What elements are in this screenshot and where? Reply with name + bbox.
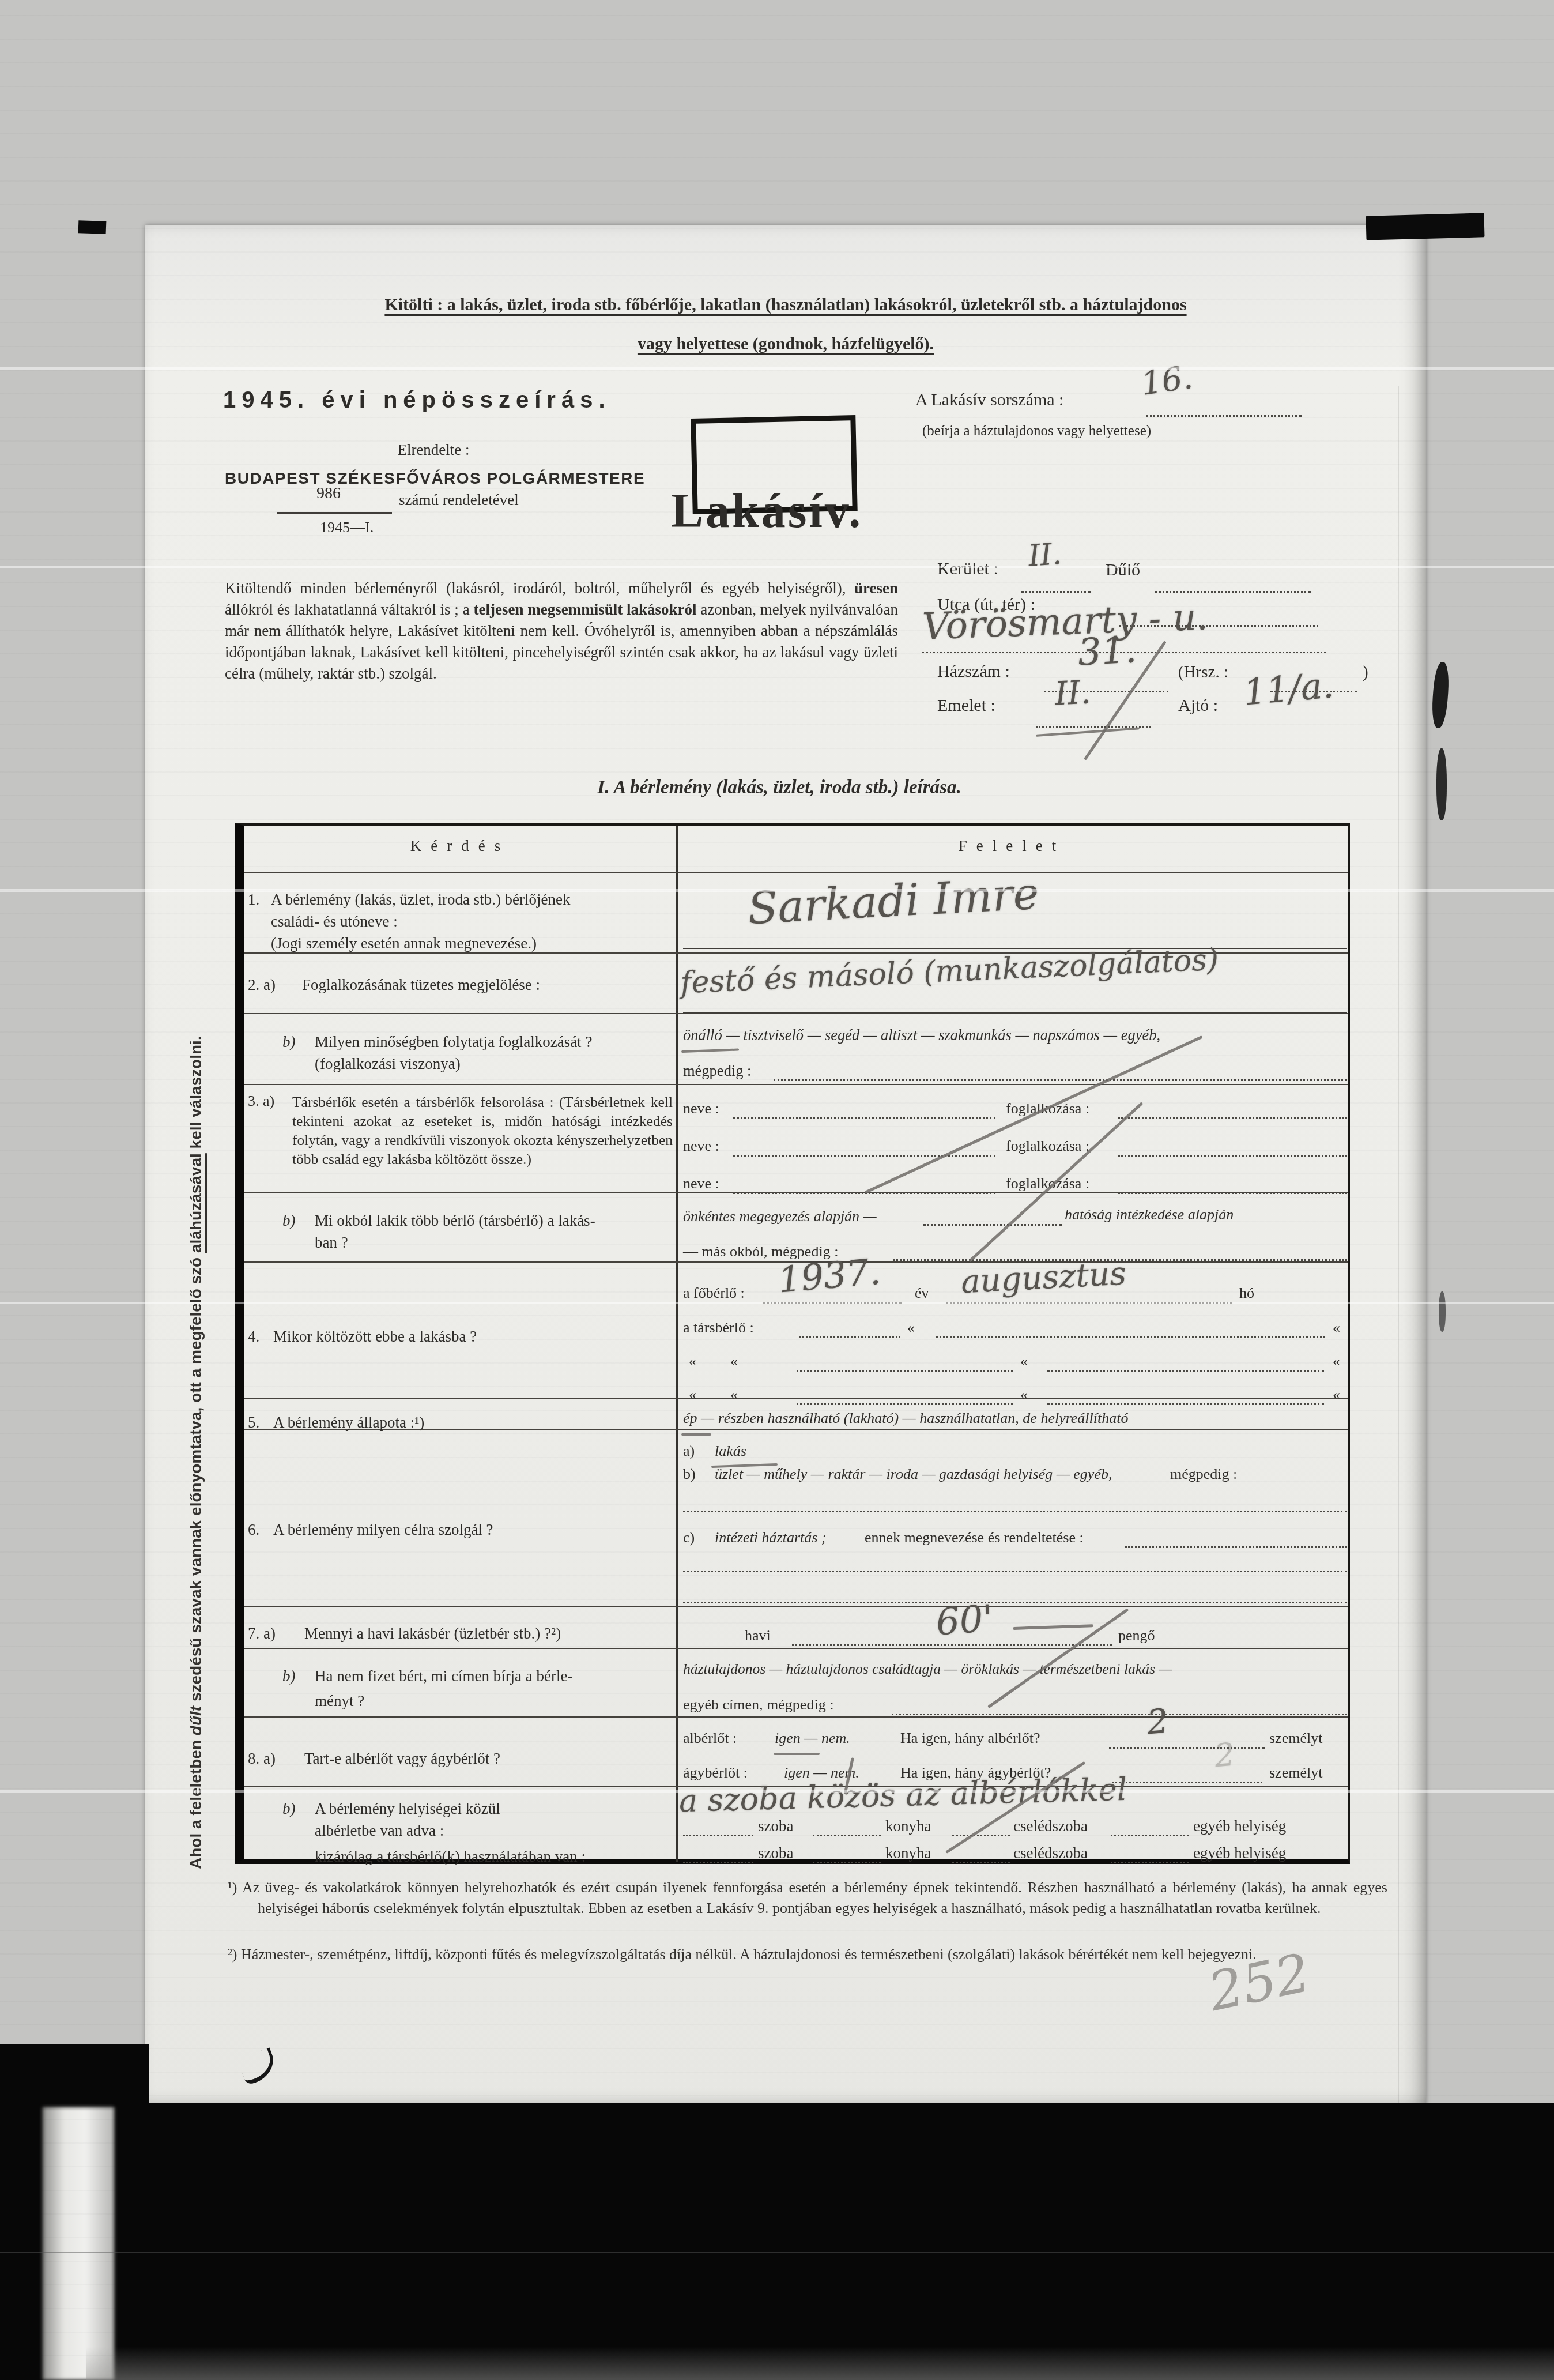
scan-blemish: [1436, 748, 1447, 820]
q2b-option-underlined: önálló: [683, 1026, 722, 1044]
q3b-option1: önkéntes megegyezés alapján —: [683, 1208, 877, 1225]
side-note-italic: dűlt: [187, 1706, 205, 1735]
film-edge-mark: [78, 220, 107, 234]
q5-text: A bérlemény állapota :¹): [273, 1414, 424, 1432]
film-bottom-haze: [86, 2347, 1554, 2380]
ordered-by-label-row: Elrendelte :: [223, 441, 644, 459]
intro-bold2: teljesen megsemmisült lakásokról: [473, 601, 696, 618]
q8b-line3: kizárólag a társbérlő(k) használatában v…: [315, 1848, 586, 1866]
dotted-leader: [892, 1714, 1347, 1715]
hrsz-close: ): [1363, 663, 1368, 682]
q1-number: 1.: [248, 891, 259, 909]
q6-b-megpedig: mégpedig :: [1170, 1466, 1237, 1483]
q7a-amount-handwritten: 60': [935, 1598, 995, 1644]
dotted-leader: [683, 1511, 1347, 1512]
q5-options-rest: — részben használható (lakható) — haszná…: [697, 1410, 1129, 1426]
ditto-mark: «: [1333, 1386, 1340, 1403]
dotted-leader: [923, 1224, 1062, 1226]
ditto-mark: «: [689, 1386, 696, 1403]
column-header-answer: Felelet: [959, 837, 1065, 854]
dotted-leader: [1155, 591, 1311, 593]
q3a-neve-label: neve :: [683, 1100, 719, 1117]
form-instruction-line2: vagy helyettese (gondnok, házfelügyelő).: [638, 334, 934, 353]
q7a-number: 7. a): [248, 1625, 276, 1643]
pencil-underline: [1036, 727, 1140, 737]
decree-suffix: számú rendeletével: [399, 491, 519, 509]
film-splice-strip: [43, 2107, 114, 2380]
q7b-options: háztulajdonos — háztulajdonos családtagj…: [683, 1660, 1172, 1678]
ditto-mark: «: [907, 1319, 915, 1336]
q8b-room-egyeb: egyéb helyiség: [1193, 1817, 1286, 1835]
ditto-mark: «: [730, 1353, 738, 1370]
q8b-line2: albérletbe van adva :: [315, 1822, 444, 1840]
ordered-by: BUDAPEST SZÉKESFŐVÁROS POLGÁRMESTERE: [225, 469, 645, 488]
q7a-text: Mennyi a havi lakásbér (üzletbér stb.) ?…: [304, 1625, 561, 1643]
q3b-number: b): [282, 1212, 296, 1230]
row-separator: [244, 1398, 1348, 1399]
q1-line2: családi- és utóneve :: [271, 913, 398, 931]
scanned-document: Kitölti : a lakás, üzlet, iroda stb. főb…: [0, 0, 1554, 2380]
q4-number: 4.: [248, 1328, 259, 1346]
column-header-question: Kérdés: [410, 837, 510, 854]
dotted-leader: [946, 1302, 1232, 1304]
door-label: Ajtó :: [1178, 696, 1218, 715]
q8b-number: b): [282, 1800, 296, 1818]
q8a-szemelyt-label: személyt: [1269, 1730, 1322, 1747]
footnote-1: ¹) Az üveg- és vakolatkárok könnyen hely…: [228, 1877, 1387, 1919]
floor-value-handwritten: II.: [1054, 673, 1091, 713]
q8a-szemelyt-label: személyt: [1269, 1764, 1322, 1782]
dotted-leader: [1111, 1862, 1189, 1863]
q8b-room-cseledszoba: cselédszoba: [1013, 1817, 1088, 1835]
q2a-text: Foglalkozásának tüzetes megjelölése :: [302, 976, 540, 994]
row-separator: [244, 1084, 1348, 1085]
decree-number: 986: [316, 484, 341, 503]
row-separator: [244, 1606, 1348, 1607]
dotted-leader: [936, 1336, 1325, 1338]
q2b-megpedig-label: mégpedig :: [683, 1062, 752, 1080]
census-title: 1945. évi népösszeírás.: [223, 387, 611, 413]
dotted-leader: [1047, 1403, 1324, 1405]
q7b-line2: ményt ?: [315, 1692, 364, 1710]
q8a-line1-question: Ha igen, hány albérlőt?: [900, 1730, 1040, 1747]
q4-fobero-label: a főbérlő :: [683, 1285, 745, 1302]
q3b-line2: ban ?: [315, 1234, 348, 1252]
q8b-room-szoba: szoba: [758, 1844, 793, 1862]
intro-paragraph: Kitöltendő minden bérleményről (lakásról…: [225, 578, 898, 684]
dotted-leader: [1118, 1192, 1347, 1194]
page-crease: [1398, 386, 1399, 2104]
side-note-rotated: Ahol a feleletben dűlt szedésű szavak va…: [187, 831, 205, 1869]
dotted-leader: [799, 1336, 900, 1338]
dotted-leader: [1021, 591, 1091, 593]
dotted-leader: [1118, 1155, 1347, 1157]
q6-b-options: üzlet — műhely — raktár — iroda — gazdas…: [715, 1466, 1112, 1483]
dotted-leader: [792, 1644, 1112, 1646]
decree-year: 1945—I.: [320, 519, 374, 536]
dotted-leader: [1146, 415, 1302, 417]
q4-year-handwritten: 1937.: [776, 1250, 882, 1301]
intro-part2: állókról és lakhatatlanná váltakról is ;…: [225, 601, 473, 618]
table-column-divider: [676, 826, 678, 1862]
answer-rule: [683, 948, 1347, 949]
side-note-underlined: aláhúzásával: [187, 1153, 205, 1253]
q7b-egyeb-label: egyéb címen, mégpedig :: [683, 1696, 833, 1714]
q2b-number: b): [282, 1033, 296, 1051]
film-black-area: [0, 2103, 1554, 2380]
q5-option-underlined: ép: [683, 1410, 697, 1426]
q8a-line2-value-handwritten-faint: 2: [1213, 1736, 1236, 1775]
dotted-leader: [1125, 1546, 1347, 1548]
dotted-leader: [952, 1862, 1010, 1863]
dotted-leader: [763, 1302, 902, 1304]
q3a-text: Társbérlők esetén a társbérlők felsorolá…: [292, 1093, 673, 1169]
q8a-line1-label: albérlőt :: [683, 1730, 737, 1747]
serial-label: A Lakásív sorszáma :: [915, 390, 1063, 410]
dotted-leader: [774, 1079, 1347, 1081]
q7a-havi-label: havi: [745, 1627, 771, 1644]
dotted-leader: [683, 1835, 753, 1836]
ordered-by-label: Elrendelte :: [397, 441, 469, 458]
q2b-line2: (foglalkozási viszonya): [315, 1055, 461, 1073]
serial-value-handwritten: 16.: [1139, 359, 1195, 403]
serial-note: (beírja a háztulajdonos vagy helyettese): [922, 423, 1151, 439]
q7b-line1: Ha nem fizet bért, mi címen bírja a bérl…: [315, 1667, 573, 1685]
film-scratch-line: [0, 2252, 1554, 2253]
film-black-area: [0, 2044, 149, 2113]
section1-title: I. A bérlemény (lakás, üzlet, iroda stb.…: [597, 777, 961, 798]
q8b-line1: A bérlemény helyiségei közül: [315, 1800, 500, 1818]
column-header-question-row: Kérdés: [244, 837, 676, 855]
q3a-neve-label: neve :: [683, 1138, 719, 1155]
dotted-leader: [683, 1602, 1347, 1603]
house-number-handwritten: 31.: [1077, 628, 1138, 674]
dotted-leader: [1109, 1747, 1265, 1749]
side-note-3: kell válaszolni.: [187, 1035, 205, 1153]
dotted-leader: [683, 1571, 1347, 1572]
dotted-leader: [1118, 1117, 1347, 1119]
side-note-1: Ahol a feleletben: [187, 1735, 205, 1869]
ditto-mark: «: [1333, 1319, 1340, 1336]
dotted-leader: [797, 1370, 1013, 1372]
form-page: Kitölti : a lakás, üzlet, iroda stb. főb…: [145, 225, 1426, 2109]
scan-blemish: [1439, 1291, 1446, 1332]
q8a-line2-label: ágybérlőt :: [683, 1764, 748, 1782]
dotted-leader: [813, 1862, 881, 1863]
q5-options: ép — részben használható (lakható) — has…: [683, 1410, 1129, 1427]
district-label: Kerület :: [937, 559, 998, 579]
q7a-pengo-label: pengő: [1118, 1627, 1155, 1644]
q4-text: Mikor költözött ebbe a lakásba ?: [273, 1328, 477, 1346]
q2b-line1: Milyen minőségben folytatja foglalkozásá…: [315, 1033, 592, 1051]
dotted-leader: [733, 1117, 995, 1119]
floor-label: Emelet :: [937, 696, 995, 715]
q6-c-number: c): [683, 1529, 695, 1546]
q5-number: 5.: [248, 1414, 259, 1432]
column-header-answer-row: Felelet: [676, 837, 1348, 855]
q2b-options-rest: — tisztviselő — segéd — altiszt — szakmu…: [722, 1026, 1160, 1044]
house-number-label: Házszám :: [937, 662, 1010, 681]
decree-rule: [277, 512, 392, 514]
q8b-room-konyha: konyha: [885, 1844, 931, 1862]
door-value-handwritten: 11/a.: [1242, 664, 1335, 713]
q4-ho-label: hó: [1239, 1285, 1254, 1302]
form-instruction-line2-row: vagy helyettese (gondnok, házfelügyelő).: [145, 334, 1426, 354]
q8b-room-cseledszoba: cselédszoba: [1013, 1844, 1088, 1862]
q3b-line1: Mi okból lakik több bérlő (társbérlő) a …: [315, 1212, 595, 1230]
dotted-leader: [797, 1403, 1013, 1405]
q6-a-option: lakás: [715, 1443, 746, 1460]
dotted-leader: [1111, 1835, 1189, 1836]
hrsz-label: (Hrsz. :: [1178, 663, 1228, 682]
side-note-2: szedésű szavak vannak előnyomtatva, ott …: [187, 1253, 205, 1706]
q3a-foglalkozas-label: foglalkozása :: [1006, 1138, 1089, 1155]
q2a-number: 2. a): [248, 976, 276, 994]
film-edge-mark: [1366, 213, 1484, 240]
q2b-options: önálló — tisztviselő — segéd — altiszt —…: [683, 1026, 1160, 1044]
q4-ev-label: év: [915, 1285, 929, 1302]
ditto-mark: «: [689, 1353, 696, 1370]
intro-bold1: üresen: [854, 579, 898, 597]
q6-c-option: intézeti háztartás ;: [715, 1529, 827, 1546]
dulo-label: Dűlő: [1106, 560, 1140, 580]
dotted-leader: [733, 1155, 995, 1157]
intro-part1: Kitöltendő minden bérleményről (lakásról…: [225, 579, 854, 597]
q6-a-number: a): [683, 1443, 695, 1460]
row-separator: [244, 872, 1348, 873]
q3a-neve-label: neve :: [683, 1175, 719, 1192]
q7b-number: b): [282, 1667, 296, 1685]
ditto-mark: «: [730, 1386, 738, 1403]
dotted-leader: [952, 1835, 1010, 1836]
q8a-line1-value-handwritten: 2: [1145, 1701, 1170, 1742]
q6-number: 6.: [248, 1521, 259, 1539]
row-separator: [244, 1648, 1348, 1649]
dotted-leader: [1047, 1370, 1324, 1372]
q4-tarsberlo-label: a társbérlő :: [683, 1319, 754, 1336]
q6-text: A bérlemény milyen célra szolgál ?: [273, 1521, 493, 1539]
dotted-leader: [1112, 1782, 1262, 1783]
dotted-leader: [733, 1192, 995, 1194]
ditto-mark: «: [1020, 1386, 1028, 1403]
ditto-mark: «: [1333, 1353, 1340, 1370]
row-separator: [244, 1716, 1348, 1718]
form-instruction-line1-row: Kitölti : a lakás, üzlet, iroda stb. főb…: [145, 295, 1426, 315]
scan-blemish: [1431, 661, 1450, 729]
district-value-handwritten: II.: [1027, 537, 1063, 574]
q8a-line1-options: igen — nem.: [775, 1730, 850, 1747]
form-instruction-line1: Kitölti : a lakás, üzlet, iroda stb. főb…: [384, 295, 1186, 314]
q8b-room-szoba: szoba: [758, 1817, 793, 1835]
street-value-handwritten: Vörösmarty - u.: [922, 596, 1209, 648]
pencil-underline: [774, 1753, 820, 1755]
q8a-text: Tart-e albérlőt vagy ágybérlőt ?: [304, 1750, 500, 1768]
q8b-room-egyeb: egyéb helyiség: [1193, 1844, 1286, 1862]
pencil-underline: [681, 1433, 711, 1436]
q1-line3: (Jogi személy esetén annak megnevezése.): [271, 935, 537, 952]
q8a-number: 8. a): [248, 1750, 276, 1768]
answer-rule: [683, 1012, 1347, 1014]
q6-b-number: b): [683, 1466, 696, 1483]
q3b-option2: hatóság intézkedése alapján: [1065, 1206, 1234, 1223]
section1-title-row: I. A bérlemény (lakás, üzlet, iroda stb.…: [289, 777, 1269, 799]
dotted-leader: [683, 1862, 753, 1863]
dotted-leader: [813, 1835, 881, 1836]
q3a-number: 3. a): [248, 1093, 274, 1110]
form-title: Lakásív.: [671, 483, 863, 539]
ditto-mark: «: [1020, 1353, 1028, 1370]
q6-c-rest: ennek megnevezése és rendeltetése :: [865, 1529, 1084, 1546]
q1-line1: A bérlemény (lakás, üzlet, iroda stb.) b…: [271, 891, 571, 909]
q8b-room-konyha: konyha: [885, 1817, 931, 1835]
